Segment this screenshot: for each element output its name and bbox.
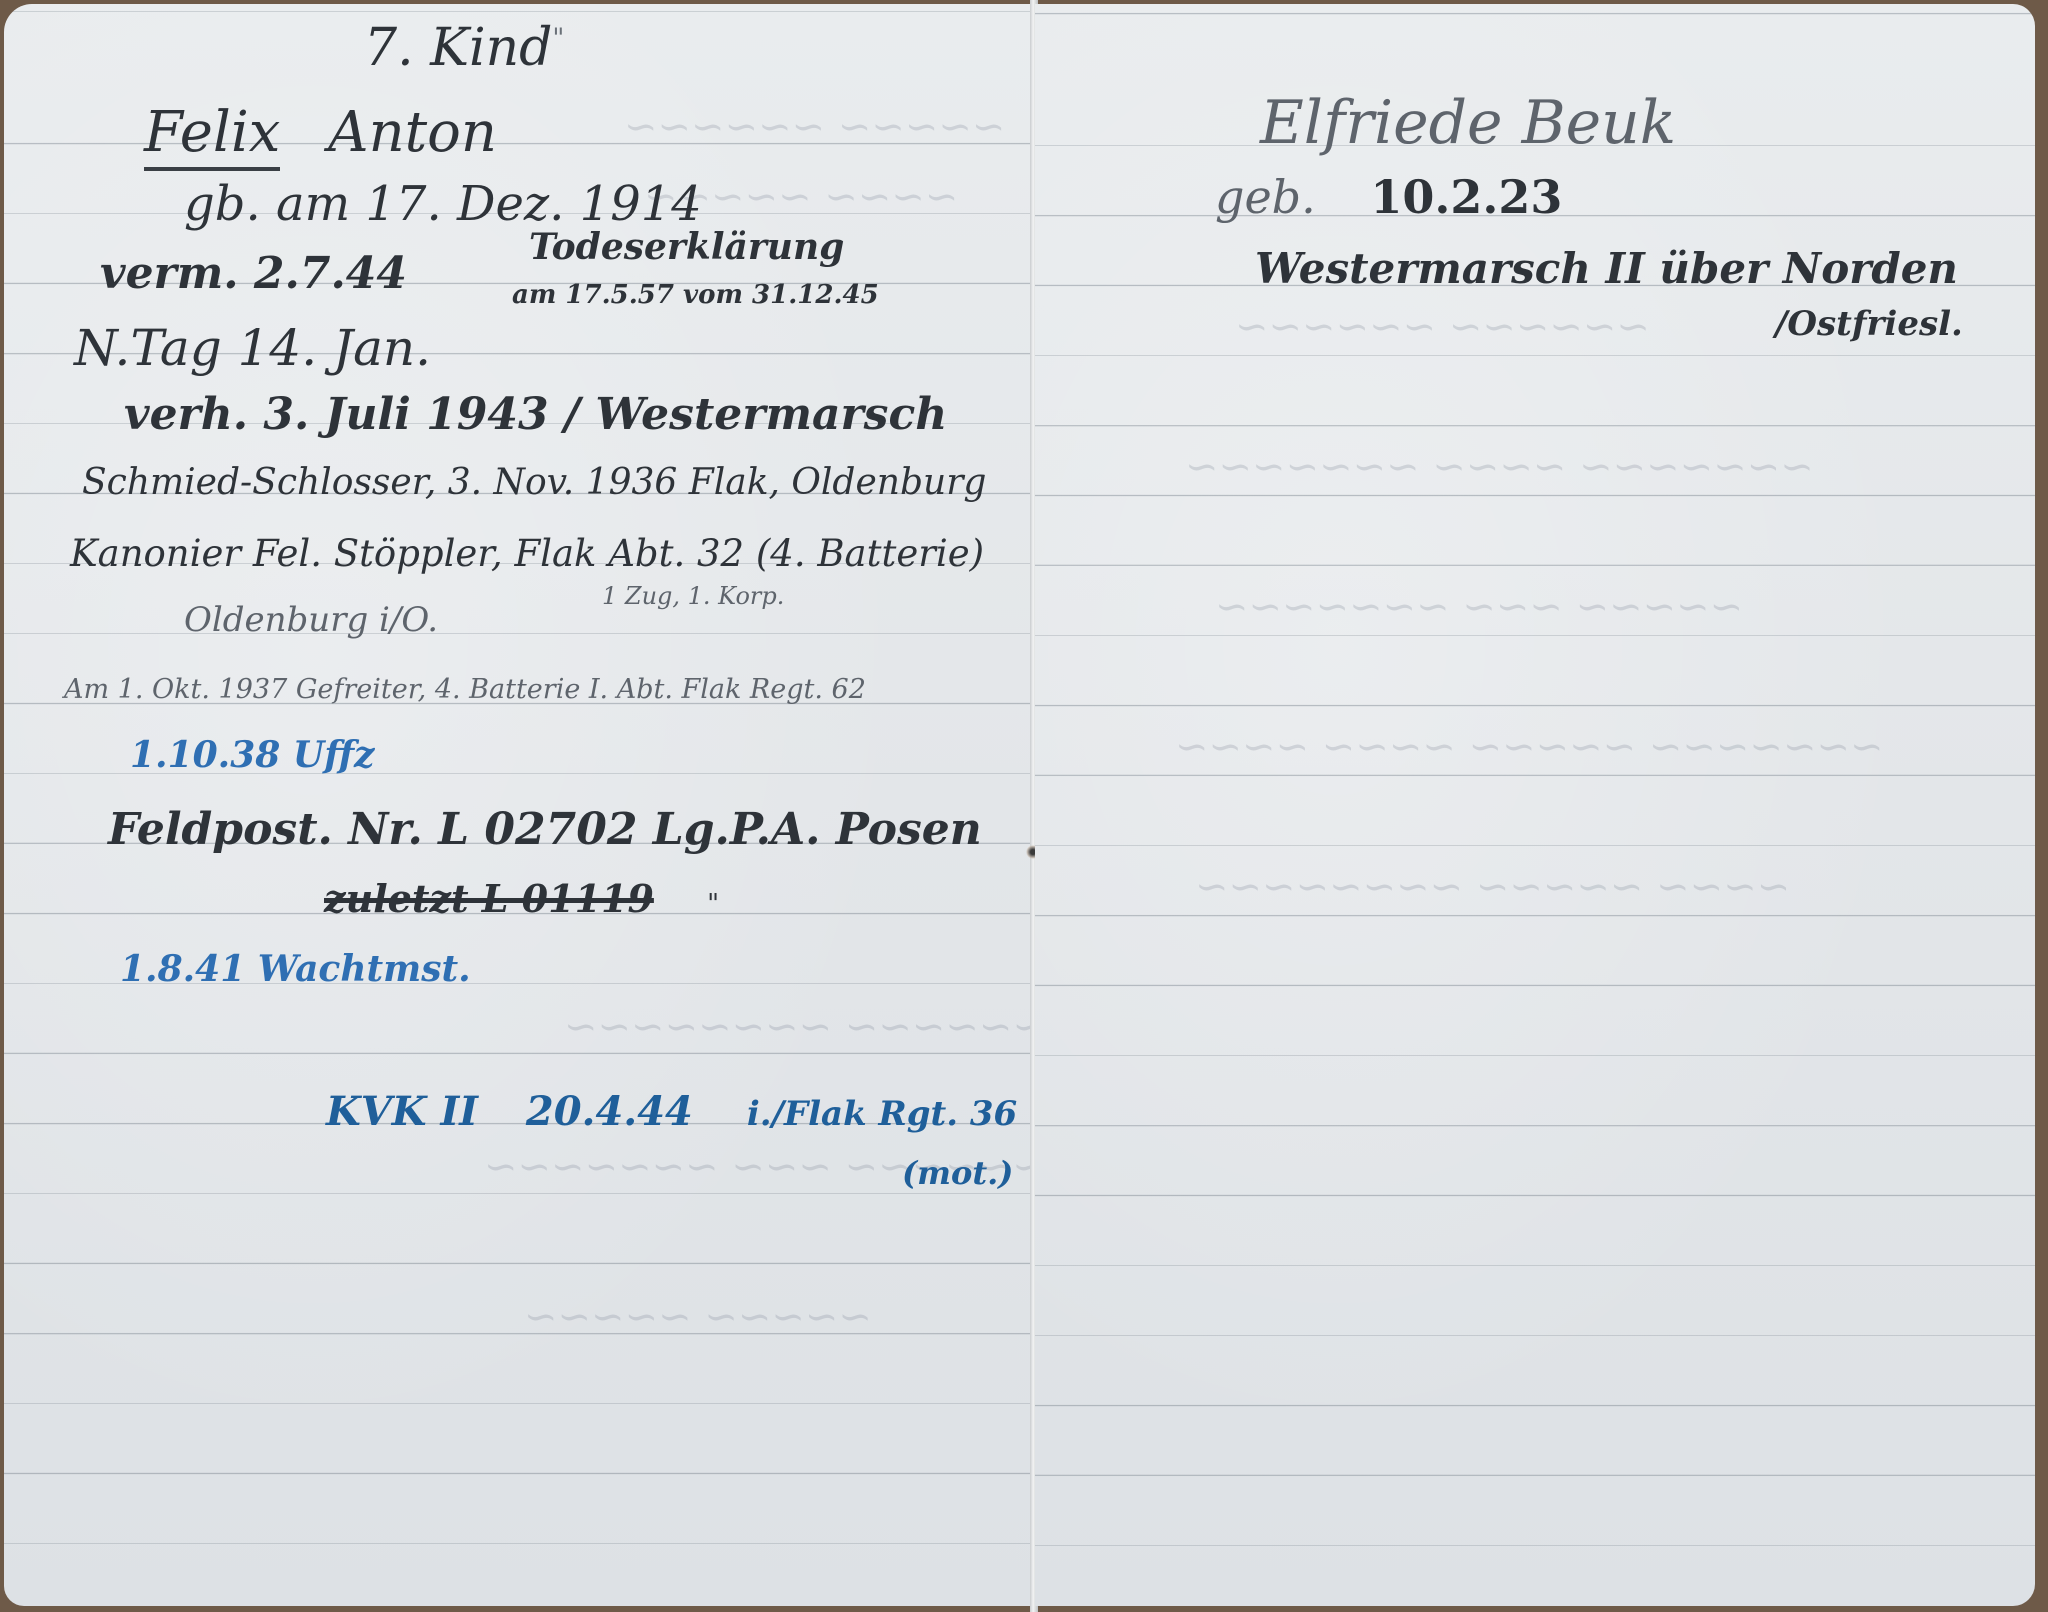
first-name: Felix	[144, 100, 280, 171]
bleed-through-text: ~~~~~ ~~~~~	[524, 1294, 872, 1340]
birth-entry: gb. am 17. Dez. 1914	[184, 176, 702, 232]
award-entry: KVK II 20.4.44 i./Flak Rgt. 36	[326, 1088, 1017, 1135]
bleed-through-text: ~~~~ ~~~~~ ~~~~~~~~	[1195, 864, 1790, 910]
bleed-through-text: ~~~~~ ~~~~~~	[624, 104, 1005, 150]
name-day-entry: N.Tag 14. Jan.	[74, 319, 431, 377]
bleed-through-text: ~~~~~~ ~~~~~~	[1235, 304, 1650, 350]
location-entry: Oldenburg i/O.	[184, 600, 438, 640]
second-name: Anton	[328, 100, 497, 165]
promotion-1938-entry: 1.10.38 Uffz	[130, 734, 374, 776]
bleed-through-text: ~~~~~~~ ~~~~~~~~	[564, 1004, 1034, 1050]
birth-label: geb.	[1215, 170, 1316, 224]
unit-entry: Kanonier Fel. Stöppler, Flak Abt. 32 (4.…	[70, 532, 984, 575]
birth-entry: geb. 10.2.23	[1215, 170, 1562, 224]
feldpost-previous-entry: zuletzt L 01119 "	[324, 876, 719, 921]
feldpost-entry: Feldpost. Nr. L 02702 Lg.P.A. Posen	[108, 804, 982, 855]
unit-sub-entry: 1 Zug, 1. Korp.	[602, 582, 784, 610]
left-page: ~~~~~ ~~~~~~ ~~~~ ~~~~~ ~~~~~~~ ~~~~~~~~…	[4, 4, 1034, 1606]
award-name: KVK II	[326, 1088, 478, 1135]
person-name: Elfriede Beuk	[1260, 88, 1676, 158]
award-date: 20.4.44	[526, 1088, 693, 1135]
death-declaration-title: Todeserklärung	[529, 226, 844, 268]
bleed-through-text: ~~~~~~~ ~~~~~ ~~~~ ~~~~	[1175, 724, 1883, 770]
bleed-through-text: ~~~~~~~ ~~~~ ~~~~~~~	[1185, 444, 1814, 490]
residence-entry: Westermarsch II über Norden	[1255, 244, 1958, 293]
residence-region: /Ostfriesl.	[1775, 304, 1963, 344]
right-page: ~~~~~~ ~~~~~~ ~~~~~~~ ~~~~ ~~~~~~~ ~~~~~…	[1035, 4, 2035, 1606]
death-declaration-detail: am 17.5.57 vom 31.12.45	[512, 280, 879, 310]
person-name: Felix Anton	[144, 100, 497, 165]
missing-entry: verm. 2.7.44	[100, 248, 407, 299]
promotion-1941-entry: 1.8.41 Wachtmst.	[120, 948, 471, 990]
birth-date: 10.2.23	[1370, 170, 1562, 224]
award-unit-note: (mot.)	[902, 1154, 1013, 1192]
award-unit: i./Flak Rgt. 36	[747, 1094, 1017, 1134]
occupation-entry: Schmied-Schlosser, 3. Nov. 1936 Flak, Ol…	[82, 462, 986, 503]
heading-child-number: 7. Kind"	[364, 18, 564, 78]
promotion-1937-entry: Am 1. Okt. 1937 Gefreiter, 4. Batterie I…	[64, 674, 866, 705]
notebook-spread: ~~~~~ ~~~~~~ ~~~~ ~~~~~ ~~~~~~~ ~~~~~~~~…	[0, 0, 2048, 1612]
marriage-entry: verh. 3. Juli 1943 / Westermarsch	[124, 389, 947, 440]
bleed-through-text: ~~~~~ ~~~ ~~~~~~~	[1215, 584, 1743, 630]
